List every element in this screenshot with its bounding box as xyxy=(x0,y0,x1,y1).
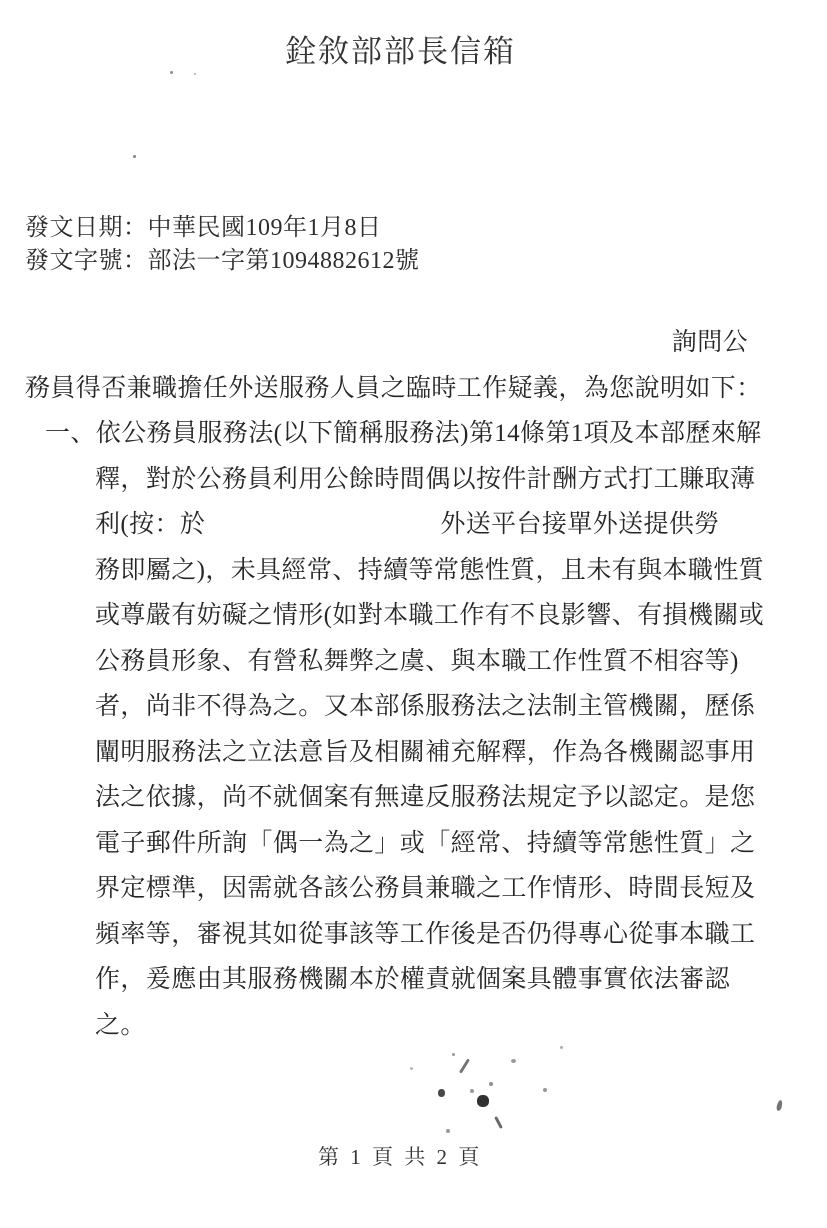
letter-body: 詢問公 務員得否兼職擔任外送服務人員之臨時工作疑義，為您說明如下： 一、依公務員… xyxy=(0,320,827,1048)
body-line: 釋，對於公務員利用公餘時間偶以按件計酬方式打工賺取薄 xyxy=(0,457,827,503)
issue-date-line: 發文日期：中華民國109年1月8日 xyxy=(25,212,420,245)
body-line: 作，爰應由其服務機關本於權責就個案具體事實依法審認 xyxy=(0,957,827,1003)
scan-speckle xyxy=(470,1089,474,1093)
body-line: 法之依據，尚不就個案有無違反服務法規定予以認定。是您 xyxy=(0,775,827,821)
scan-speckle xyxy=(133,155,136,158)
body-line: 務員得否兼職擔任外送服務人員之臨時工作疑義，為您說明如下： xyxy=(0,366,827,412)
scan-speckle xyxy=(511,1059,516,1063)
scan-speckle xyxy=(452,1053,455,1056)
scan-speckle xyxy=(194,73,196,75)
scan-speckle xyxy=(410,1067,413,1070)
scan-speckle xyxy=(494,1116,503,1129)
body-line: 電子郵件所詢「偶一為之」或「經常、持續等常態性質」之 xyxy=(0,821,827,867)
body-line: 界定標準，因需就各該公務員兼職之工作情形、時間長短及 xyxy=(0,866,827,912)
doc-number-line: 發文字號：部法一字第1094882612號 xyxy=(25,245,420,278)
page-number-indicator: 第 1 頁 共 2 頁 xyxy=(318,1141,482,1171)
scan-speckle xyxy=(477,1095,489,1107)
body-line: 闡明服務法之立法意旨及相關補充解釋，作為各機關認事用 xyxy=(0,730,827,776)
body-line: 頻率等，審視其如從事該等工作後是否仍得專心從事本職工 xyxy=(0,912,827,958)
body-line: 之。 xyxy=(0,1003,827,1049)
scan-speckle xyxy=(560,1046,563,1049)
body-line: 公務員形象、有營私舞弊之虞、與本職工作性質不相容等) xyxy=(0,639,827,685)
scan-speckle xyxy=(776,1100,784,1112)
body-line: 詢問公 xyxy=(0,320,827,366)
scan-speckle xyxy=(446,1129,450,1133)
scan-speckle xyxy=(438,1089,445,1097)
scan-speckle xyxy=(459,1058,470,1073)
redaction-gap xyxy=(205,531,440,532)
body-line-segment: 外送平台接單外送提供勞 xyxy=(440,511,719,538)
scan-speckle xyxy=(489,1082,493,1086)
page-title: 銓敘部部長信箱 xyxy=(0,26,814,71)
meta-block: 發文日期：中華民國109年1月8日 發文字號：部法一字第1094882612號 xyxy=(25,212,420,278)
body-line: 一、依公務員服務法(以下簡稱服務法)第14條第1項及本部歷來解 xyxy=(0,411,827,457)
body-line-segment: 利(按：於 xyxy=(95,511,205,538)
scan-speckle xyxy=(543,1088,547,1092)
body-line: 或尊嚴有妨礙之情形(如對本職工作有不良影響、有損機關或 xyxy=(0,593,827,639)
document-page: 銓敘部部長信箱 發文日期：中華民國109年1月8日 發文字號：部法一字第1094… xyxy=(0,0,827,1228)
body-line-with-redaction: 利(按：於外送平台接單外送提供勞 xyxy=(0,502,827,548)
body-line: 者，尚非不得為之。又本部係服務法之法制主管機關，歷係 xyxy=(0,684,827,730)
body-line: 務即屬之)，未具經常、持續等常態性質，且未有與本職性質 xyxy=(0,548,827,594)
scan-speckle xyxy=(170,71,173,74)
